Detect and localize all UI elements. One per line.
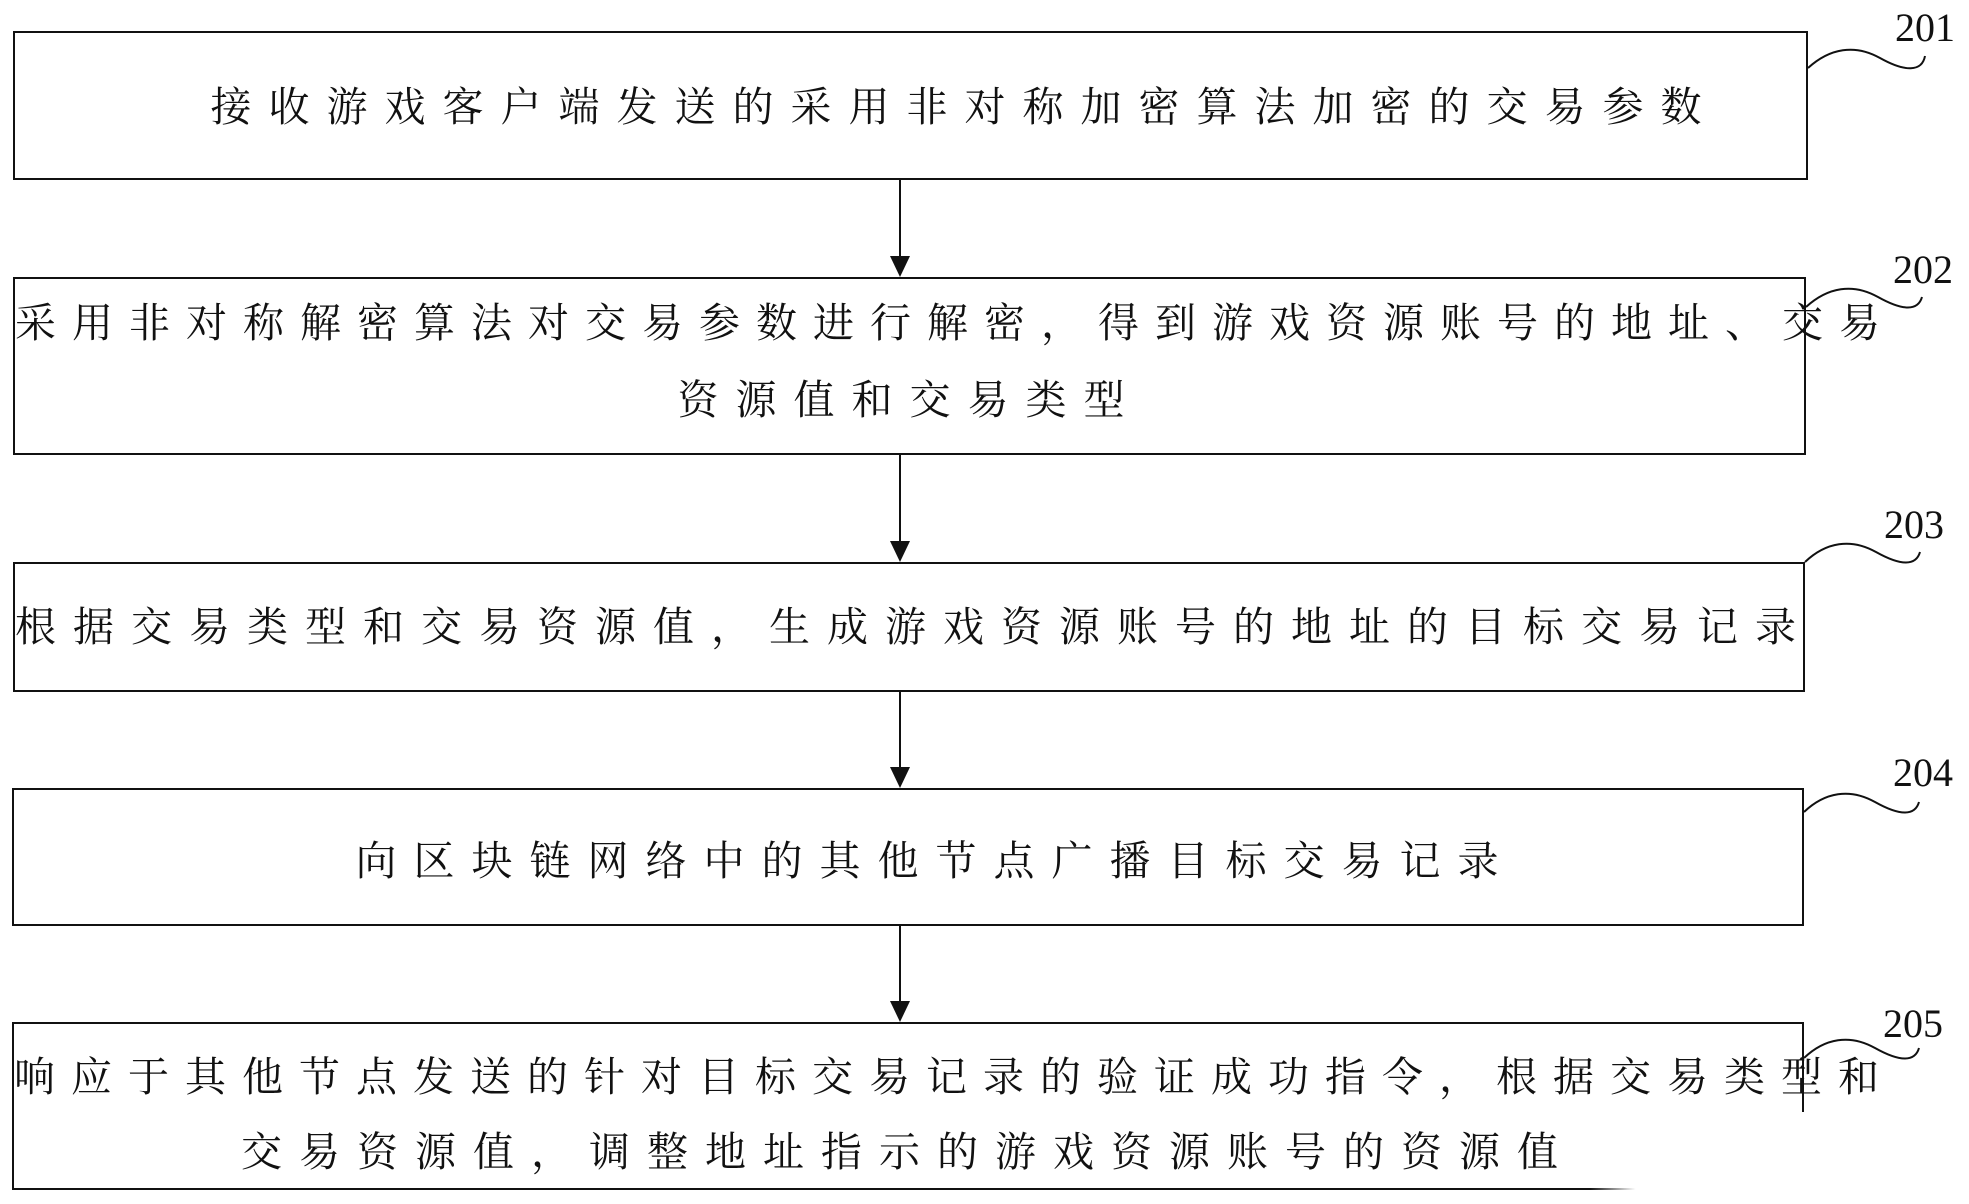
- step-ref-label-201: 201: [1895, 8, 1955, 48]
- step-201-text-line-1: 接收游戏客户端发送的采用非对称加密算法加密的交易参数: [15, 82, 1806, 132]
- step-204-text-line-1: 向区块链网络中的其他节点广播目标交易记录: [14, 836, 1802, 886]
- step-202-text-line-2: 资源值和交易类型: [15, 375, 1804, 425]
- step-205-text-line-1: 响应于其他节点发送的针对目标交易记录的验证成功指令，根据交易类型和: [14, 1052, 1802, 1102]
- step-ref-label-205: 205: [1883, 1004, 1943, 1044]
- step-ref-label-204: 204: [1893, 753, 1953, 793]
- leader-squiggle-204: [1804, 794, 1919, 813]
- step-ref-label-203: 203: [1884, 505, 1944, 545]
- step-202-text-line-1: 采用非对称解密算法对交易参数进行解密，得到游戏资源账号的地址、交易: [15, 298, 1804, 348]
- step-ref-label-202: 202: [1893, 250, 1953, 290]
- arrow-203-to-204: [890, 692, 910, 788]
- arrow-204-to-205: [890, 926, 910, 1022]
- step-205-text-line-2: 交易资源值，调整地址指示的游戏资源账号的资源值: [14, 1127, 1802, 1177]
- erased-watermark-region: [1590, 1112, 1969, 1204]
- step-box-201: 接收游戏客户端发送的采用非对称加密算法加密的交易参数: [13, 31, 1808, 180]
- arrow-201-to-202: [890, 180, 910, 277]
- leader-squiggle-201: [1808, 50, 1925, 69]
- step-box-203: 根据交易类型和交易资源值，生成游戏资源账号的地址的目标交易记录: [13, 562, 1805, 692]
- step-box-205: 响应于其他节点发送的针对目标交易记录的验证成功指令，根据交易类型和 交易资源值，…: [12, 1022, 1804, 1190]
- step-box-202: 采用非对称解密算法对交易参数进行解密，得到游戏资源账号的地址、交易 资源值和交易…: [13, 277, 1806, 455]
- arrow-202-to-203: [890, 455, 910, 562]
- step-203-text-line-1: 根据交易类型和交易资源值，生成游戏资源账号的地址的目标交易记录: [15, 602, 1803, 652]
- step-box-204: 向区块链网络中的其他节点广播目标交易记录: [12, 788, 1804, 926]
